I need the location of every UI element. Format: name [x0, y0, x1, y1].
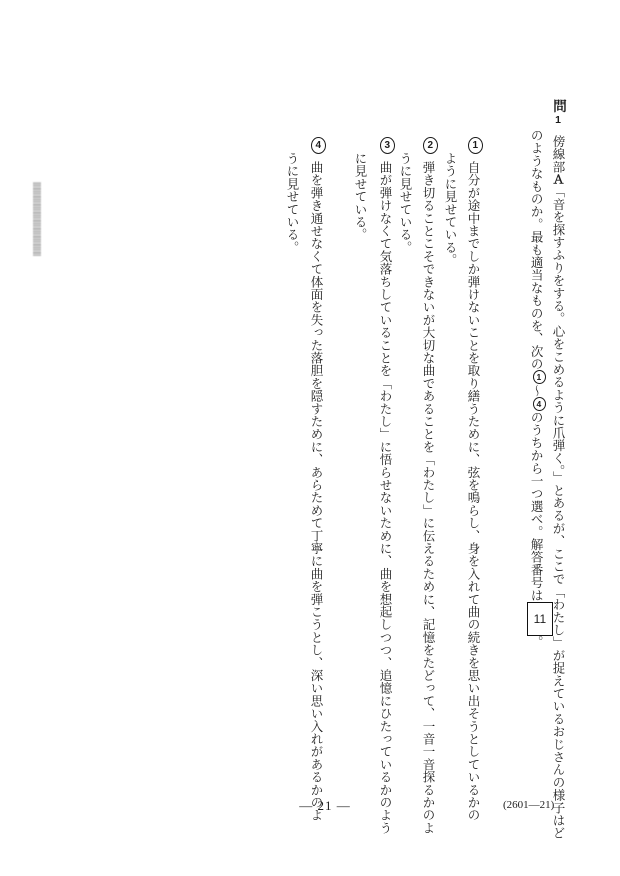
option-1-text-continued: ように見せている。 — [443, 152, 457, 266]
question-stem-line-2: のようなものか。最も適当なものを、次の1～4のうちから一つ選べ。解答番号は11。 — [522, 129, 556, 829]
option-1-line-2: ように見せている。 — [439, 152, 461, 852]
option-3-line-1: 3曲が弾けなくて気落ちしていることを「わたし」に悟らせないために、曲を想起しつつ… — [374, 137, 396, 837]
margin-print-artifact — [33, 182, 41, 256]
stem-period: 。 — [529, 636, 543, 649]
option-2-line-2: うに見せている。 — [394, 152, 416, 852]
option-1-line-1: 1自分が途中までしか弾けないことを取り繕うために、弦を鳴らし、身を入れて曲の続き… — [462, 137, 484, 837]
question-number: 1 — [552, 114, 564, 126]
question-label: 問 — [551, 99, 566, 113]
option-1-marker: 1 — [468, 137, 483, 154]
tilde: ～ — [529, 384, 543, 397]
stem-text: のうちから一つ選べ。解答番号は — [529, 411, 543, 602]
option-2-line-1: 2弾き切ることこそできないが大切な曲であることを「わたし」に伝えるために、記憶を… — [417, 137, 439, 837]
stem-text: のようなものか。最も適当なものを、次の — [529, 129, 543, 370]
option-4-text-continued: うに見せている。 — [285, 152, 299, 254]
option-2-marker: 2 — [423, 137, 438, 154]
answer-number-box: 11 — [527, 602, 553, 636]
page-number: — 21 — — [270, 798, 380, 814]
option-3-marker: 3 — [380, 137, 395, 154]
option-3-text: 曲が弾けなくて気落ちしていることを「わたし」に悟らせないために、曲を想起しつつ、… — [378, 161, 392, 834]
option-4-text: 曲を弾き通せなくて体面を失った落胆を隠すために、あらためて丁寧に曲を弾こうとし、… — [309, 161, 323, 821]
option-1-text: 自分が途中までしか弾けないことを取り繕うために、弦を鳴らし、身を入れて曲の続きを… — [466, 161, 480, 821]
exam-page: 問1傍線部Ａ「音を探すふりをする。心をこめるように爪弾く。」とあるが、ここで「わ… — [0, 0, 620, 876]
option-2-text: 弾き切ることこそできないが大切な曲であることを「わたし」に伝えるために、記憶をた… — [421, 161, 435, 834]
option-4-marker: 4 — [311, 137, 326, 154]
circled-digit-range-end: 4 — [533, 397, 546, 411]
circled-digit-range-start: 1 — [533, 370, 546, 384]
option-4-line-2: うに見せている。 — [281, 152, 303, 852]
document-code: (2601—21) — [503, 799, 603, 811]
option-3-line-2: に見せている。 — [349, 152, 371, 852]
option-3-text-continued: に見せている。 — [353, 152, 367, 241]
option-2-text-continued: うに見せている。 — [398, 152, 412, 254]
option-4-line-1: 4曲を弾き通せなくて体面を失った落胆を隠すために、あらためて丁寧に曲を弾こうとし… — [305, 137, 327, 837]
